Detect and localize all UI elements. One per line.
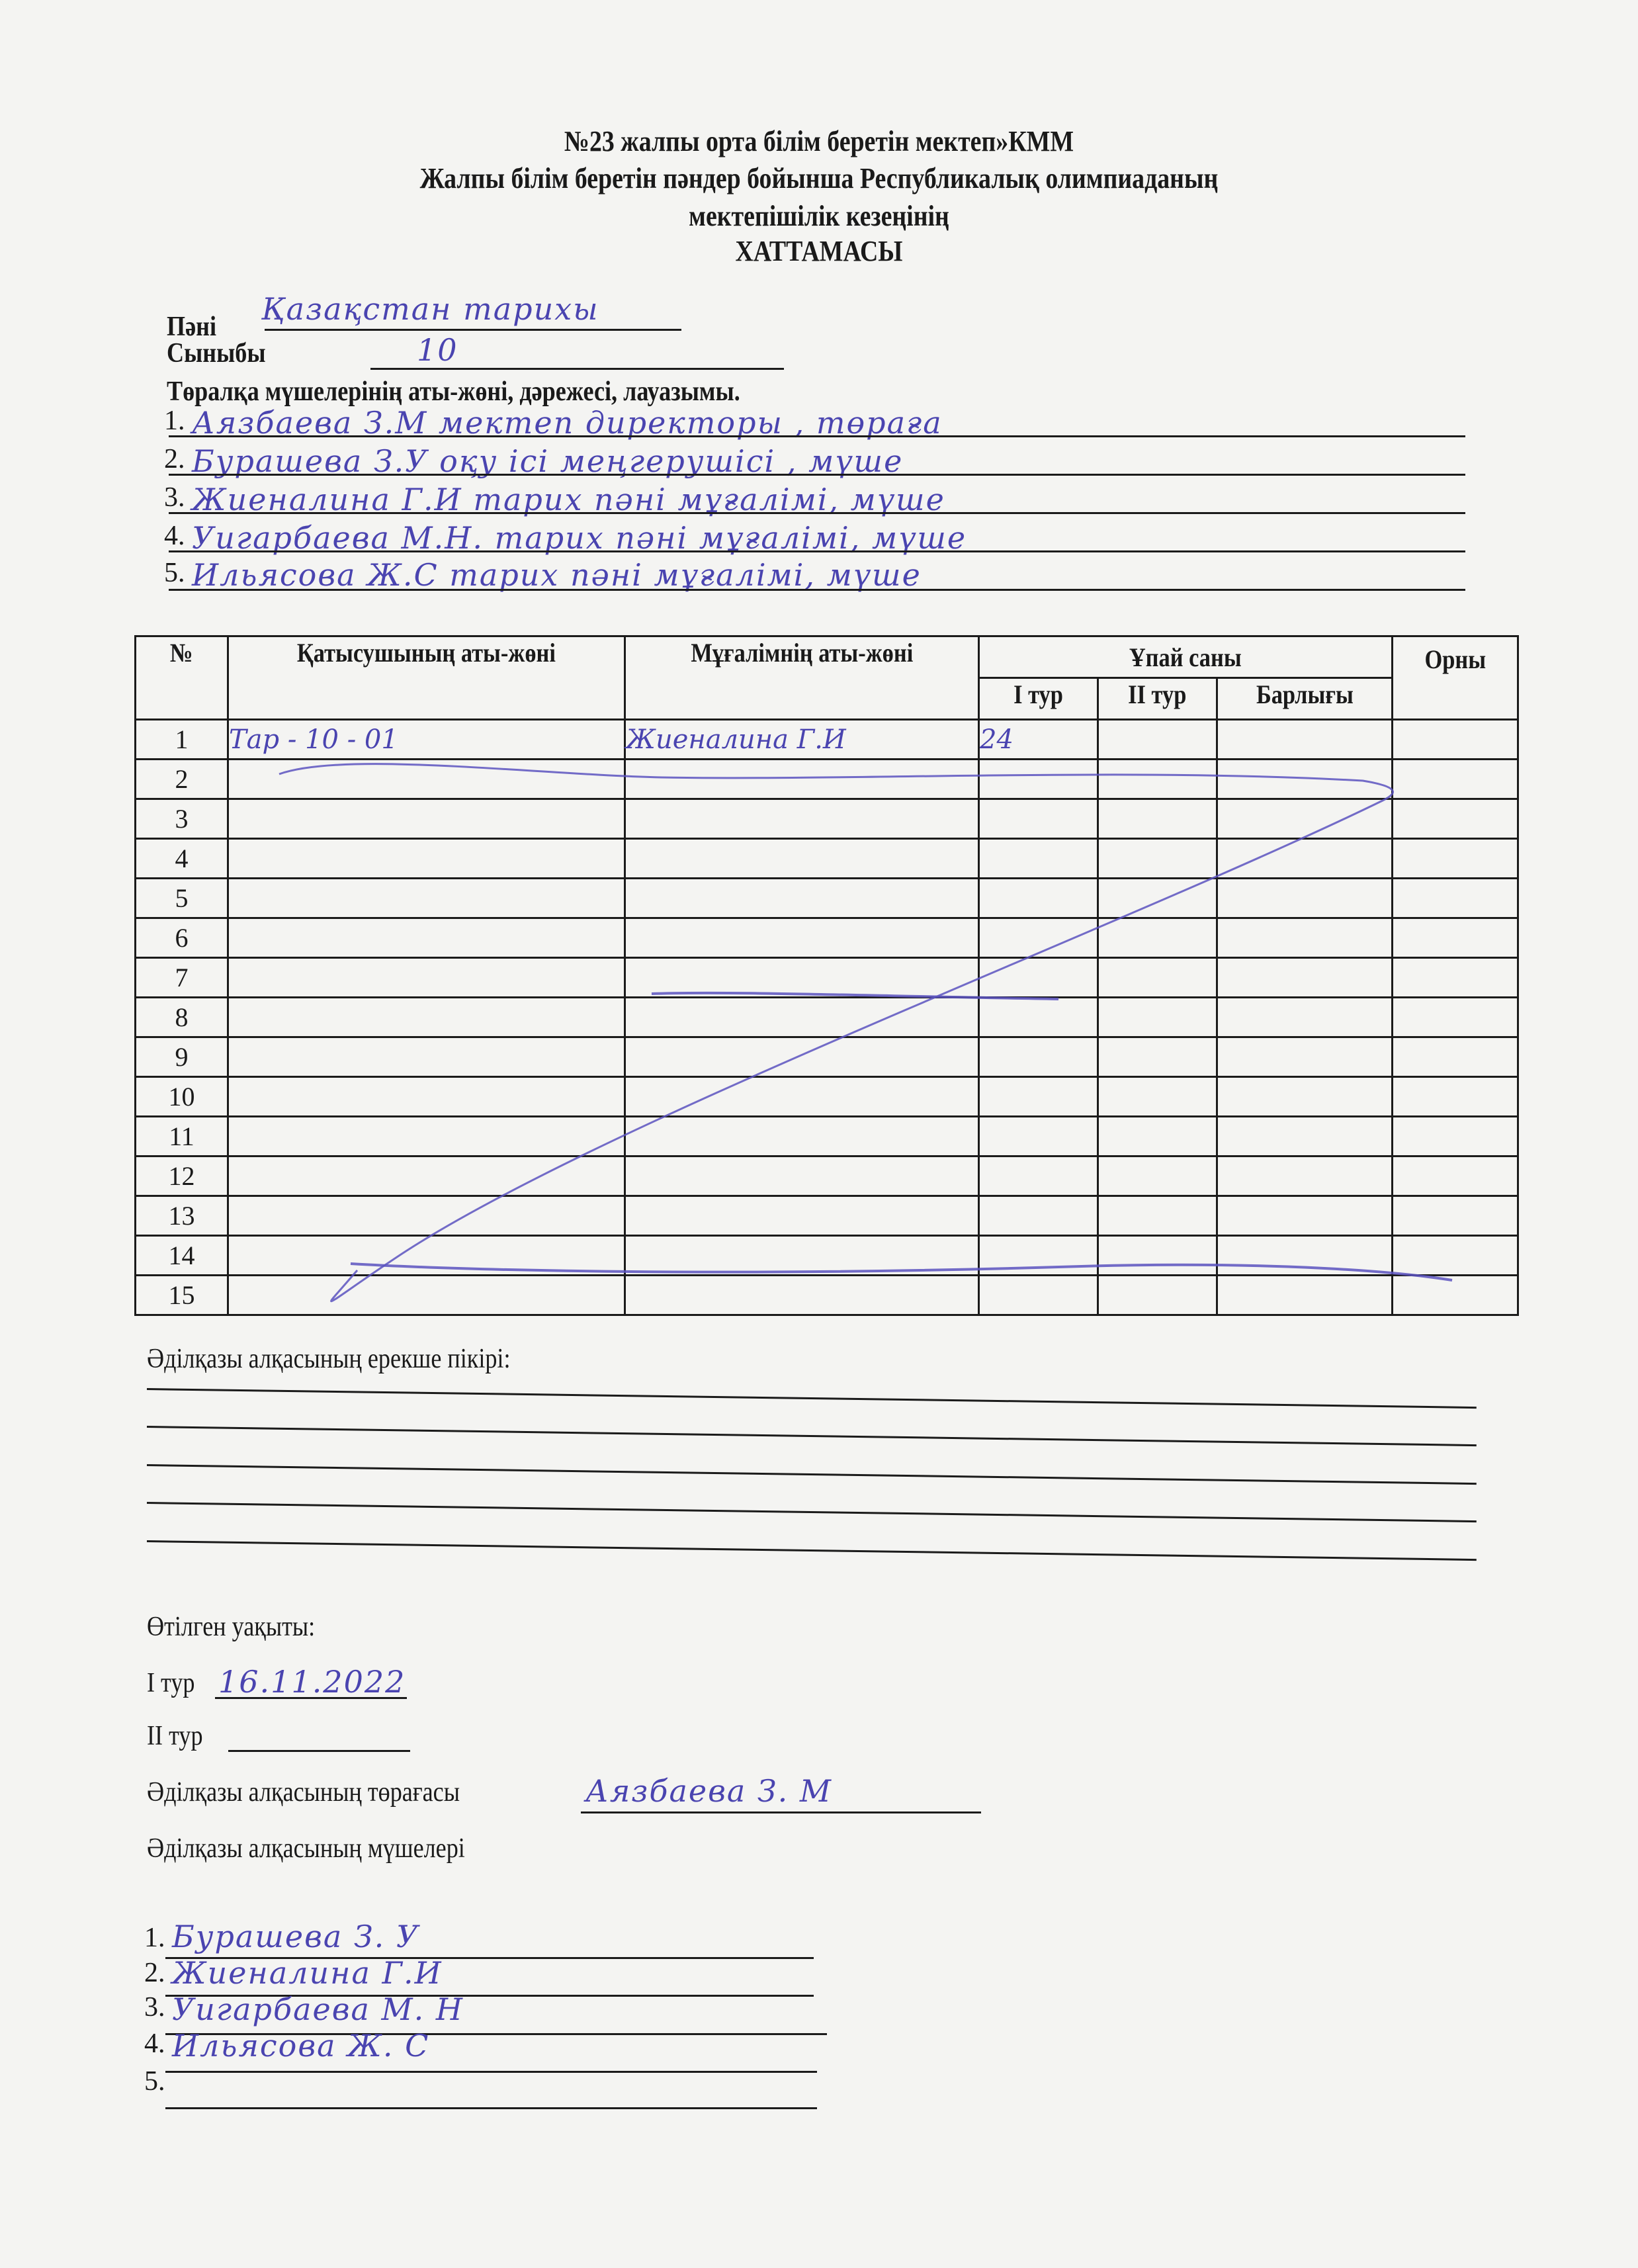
place-cell[interactable]: [1393, 918, 1518, 958]
table-row: 8: [136, 998, 1518, 1037]
jury-underline: [169, 589, 1465, 591]
table-row: 6: [136, 918, 1518, 958]
dissent-line[interactable]: [147, 1388, 1477, 1409]
total-score-cell[interactable]: [1217, 1156, 1393, 1196]
table-row: 9: [136, 1037, 1518, 1077]
round1-score-cell[interactable]: [979, 998, 1098, 1037]
teacher-cell[interactable]: [625, 998, 979, 1037]
col-teacher: Мұғалімнің аты-жөні: [625, 636, 979, 720]
teacher-cell[interactable]: [625, 760, 979, 799]
place-cell[interactable]: [1393, 1196, 1518, 1236]
time-label: Өтілген уақыты:: [147, 1611, 315, 1643]
round1-score-cell[interactable]: [979, 918, 1098, 958]
place-cell[interactable]: [1393, 958, 1518, 998]
col-round2: ІІ тур: [1098, 678, 1217, 720]
row-number: 9: [136, 1037, 228, 1077]
jury-num: 2.: [164, 443, 185, 475]
round1-score-cell[interactable]: [979, 1117, 1098, 1156]
participant-cell[interactable]: [228, 1117, 625, 1156]
table-row: 4: [136, 839, 1518, 879]
jury-underline: [169, 474, 1465, 476]
total-score-cell[interactable]: [1217, 720, 1393, 760]
row-number: 1: [136, 720, 228, 760]
jury-underline: [169, 435, 1465, 437]
round2-score-cell[interactable]: [1098, 1236, 1217, 1276]
place-cell[interactable]: [1393, 1117, 1518, 1156]
col-points: Ұпай саны: [979, 636, 1393, 678]
participant-cell[interactable]: [228, 879, 625, 918]
row-number: 3: [136, 799, 228, 839]
round2-score-cell[interactable]: [1098, 879, 1217, 918]
round1-score-cell[interactable]: [979, 879, 1098, 918]
total-score-cell[interactable]: [1217, 1276, 1393, 1315]
row-number: 14: [136, 1236, 228, 1276]
row-number: 5: [136, 879, 228, 918]
table-row: 5: [136, 879, 1518, 918]
row-number: 8: [136, 998, 228, 1037]
table-row: 10: [136, 1077, 1518, 1117]
place-cell[interactable]: [1393, 1276, 1518, 1315]
teacher-cell[interactable]: [625, 1156, 979, 1196]
jury-num: 3.: [164, 482, 185, 513]
round1-label: І тур: [147, 1667, 194, 1699]
place-cell[interactable]: [1393, 720, 1518, 760]
col-round1: І тур: [979, 678, 1098, 720]
total-score-cell[interactable]: [1217, 799, 1393, 839]
table-row: 3: [136, 799, 1518, 839]
dissent-line[interactable]: [147, 1540, 1477, 1561]
round1-score-cell[interactable]: [979, 1156, 1098, 1196]
place-cell[interactable]: [1393, 839, 1518, 879]
participant-cell[interactable]: [228, 760, 625, 799]
jury-num: 1.: [164, 405, 185, 437]
round2-score-cell[interactable]: [1098, 839, 1217, 879]
members-label: Әділқазы алқасының мүшелері: [147, 1833, 465, 1864]
place-cell[interactable]: [1393, 998, 1518, 1037]
olympiad-title: Жалпы білім беретін пәндер бойынша Респу…: [114, 164, 1523, 193]
table-row: 14: [136, 1236, 1518, 1276]
table-row: 15: [136, 1276, 1518, 1315]
participant-cell[interactable]: [228, 799, 625, 839]
place-cell[interactable]: [1393, 1236, 1518, 1276]
results-table: № Қатысушының аты-жөні Мұғалімнің аты-жө…: [134, 635, 1519, 1316]
row-number: 7: [136, 958, 228, 998]
row-number: 10: [136, 1077, 228, 1117]
teacher-cell[interactable]: [625, 799, 979, 839]
table-row: 13: [136, 1196, 1518, 1236]
jury-underline: [169, 550, 1465, 552]
row-number: 15: [136, 1276, 228, 1315]
dissent-line[interactable]: [147, 1464, 1477, 1485]
participant-cell[interactable]: [228, 918, 625, 958]
table-row: 11: [136, 1117, 1518, 1156]
row-number: 11: [136, 1117, 228, 1156]
round2-score-cell[interactable]: [1098, 958, 1217, 998]
row-number: 2: [136, 760, 228, 799]
participant-cell[interactable]: [228, 1156, 625, 1196]
col-participant: Қатысушының аты-жөні: [228, 636, 625, 720]
teacher-cell[interactable]: Жиеналина Г.И: [625, 720, 979, 760]
participant-cell[interactable]: [228, 1276, 625, 1315]
participant-cell[interactable]: Тар - 10 - 01: [228, 720, 625, 760]
grade-value[interactable]: 10: [417, 332, 458, 368]
dissent-label: Әділқазы алқасының ерекше пікірі:: [147, 1343, 511, 1375]
place-cell[interactable]: [1393, 799, 1518, 839]
chair-label: Әділқазы алқасының төрағасы: [147, 1776, 460, 1808]
chair-underline: [581, 1811, 981, 1813]
round1-value[interactable]: 16.11.2022: [218, 1664, 406, 1700]
round2-score-cell[interactable]: [1098, 1196, 1217, 1236]
document-title: ХАТТАМАСЫ: [114, 237, 1523, 266]
participant-cell[interactable]: [228, 839, 625, 879]
member-underline: [165, 2071, 817, 2073]
participant-cell[interactable]: [228, 1196, 625, 1236]
subject-value[interactable]: Қазақстан тарихы: [261, 291, 599, 327]
table-row: 12: [136, 1156, 1518, 1196]
round1-score-cell[interactable]: [979, 839, 1098, 879]
total-score-cell[interactable]: [1217, 879, 1393, 918]
place-cell[interactable]: [1393, 1077, 1518, 1117]
teacher-cell[interactable]: [625, 1117, 979, 1156]
participant-cell[interactable]: [228, 958, 625, 998]
stage-title: мектепішілік кезеңінің: [114, 202, 1523, 231]
total-score-cell[interactable]: [1217, 1236, 1393, 1276]
subject-underline: [265, 329, 681, 331]
teacher-cell[interactable]: [625, 1236, 979, 1276]
total-score-cell[interactable]: [1217, 1037, 1393, 1077]
place-cell[interactable]: [1393, 879, 1518, 918]
round2-score-cell[interactable]: [1098, 1156, 1217, 1196]
grade-label: Сыныбы: [167, 337, 266, 369]
member-num: 2.: [144, 1957, 165, 1989]
table-row: 1Тар - 10 - 01Жиеналина Г.И24: [136, 720, 1518, 760]
round2-label: ІІ тур: [147, 1720, 203, 1752]
jury-num: 5.: [164, 557, 185, 589]
total-score-cell[interactable]: [1217, 760, 1393, 799]
round1-score-cell[interactable]: [979, 1196, 1098, 1236]
teacher-cell[interactable]: [625, 1276, 979, 1315]
row-number: 4: [136, 839, 228, 879]
member-num: 1.: [144, 1922, 165, 1954]
dissent-line[interactable]: [147, 1426, 1477, 1446]
participant-cell[interactable]: [228, 1077, 625, 1117]
jury-text[interactable]: Ильясова Ж.С тарих пәні мұғалімі, мүше: [192, 557, 922, 593]
place-cell[interactable]: [1393, 760, 1518, 799]
place-cell[interactable]: [1393, 1037, 1518, 1077]
member-num: 3.: [144, 1991, 165, 2023]
member-underline: [165, 2107, 817, 2109]
place-cell[interactable]: [1393, 1156, 1518, 1196]
row-number: 6: [136, 918, 228, 958]
chair-value[interactable]: Аязбаева З. М: [585, 1773, 832, 1809]
member-name[interactable]: Ильясова Ж. С: [172, 2028, 429, 2064]
member-num: 4.: [144, 2028, 165, 2060]
teacher-cell[interactable]: [625, 879, 979, 918]
teacher-cell[interactable]: [625, 839, 979, 879]
round1-score-cell[interactable]: [979, 799, 1098, 839]
teacher-cell[interactable]: [625, 958, 979, 998]
round1-score-cell[interactable]: [979, 958, 1098, 998]
total-score-cell[interactable]: [1217, 998, 1393, 1037]
round2-score-cell[interactable]: [1098, 1117, 1217, 1156]
round2-score-cell[interactable]: [1098, 918, 1217, 958]
round1-score-cell[interactable]: [979, 760, 1098, 799]
member-num: 5.: [144, 2066, 165, 2097]
round2-score-cell[interactable]: [1098, 1037, 1217, 1077]
round1-score-cell[interactable]: [979, 1236, 1098, 1276]
total-score-cell[interactable]: [1217, 839, 1393, 879]
row-number: 13: [136, 1196, 228, 1236]
total-score-cell[interactable]: [1217, 918, 1393, 958]
teacher-cell[interactable]: [625, 1037, 979, 1077]
round2-underline[interactable]: [228, 1750, 410, 1752]
round2-score-cell[interactable]: [1098, 760, 1217, 799]
round1-score-cell[interactable]: 24: [979, 720, 1098, 760]
member-name[interactable]: Жиеналина Г.И: [172, 1955, 443, 1991]
round2-score-cell[interactable]: [1098, 1077, 1217, 1117]
teacher-cell[interactable]: [625, 1196, 979, 1236]
total-score-cell[interactable]: [1217, 1077, 1393, 1117]
member-name[interactable]: Бурашева З. У: [172, 1919, 419, 1954]
col-num: №: [136, 636, 228, 720]
table-row: 2: [136, 760, 1518, 799]
dissent-line[interactable]: [147, 1502, 1477, 1522]
round2-score-cell[interactable]: [1098, 799, 1217, 839]
total-score-cell[interactable]: [1217, 958, 1393, 998]
round2-score-cell[interactable]: [1098, 1276, 1217, 1315]
col-place: Орны: [1393, 636, 1518, 720]
total-score-cell[interactable]: [1217, 1117, 1393, 1156]
participant-cell[interactable]: [228, 998, 625, 1037]
round1-score-cell[interactable]: [979, 1276, 1098, 1315]
total-score-cell[interactable]: [1217, 1196, 1393, 1236]
round2-score-cell[interactable]: [1098, 720, 1217, 760]
round1-score-cell[interactable]: [979, 1077, 1098, 1117]
jury-heading: Төралқа мүшелерінің аты-жөні, дәрежесі, …: [167, 376, 740, 408]
participant-cell[interactable]: [228, 1037, 625, 1077]
teacher-cell[interactable]: [625, 918, 979, 958]
table-row: 7: [136, 958, 1518, 998]
teacher-cell[interactable]: [625, 1077, 979, 1117]
row-number: 12: [136, 1156, 228, 1196]
jury-underline: [169, 512, 1465, 514]
jury-num: 4.: [164, 520, 185, 552]
round1-score-cell[interactable]: [979, 1037, 1098, 1077]
school-title: №23 жалпы орта білім беретін мектеп»КММ: [114, 127, 1523, 156]
participant-cell[interactable]: [228, 1236, 625, 1276]
grade-underline: [370, 368, 784, 370]
col-total: Барлығы: [1217, 678, 1393, 720]
member-name[interactable]: Уигарбаева М. Н: [172, 1991, 464, 2027]
round2-score-cell[interactable]: [1098, 998, 1217, 1037]
